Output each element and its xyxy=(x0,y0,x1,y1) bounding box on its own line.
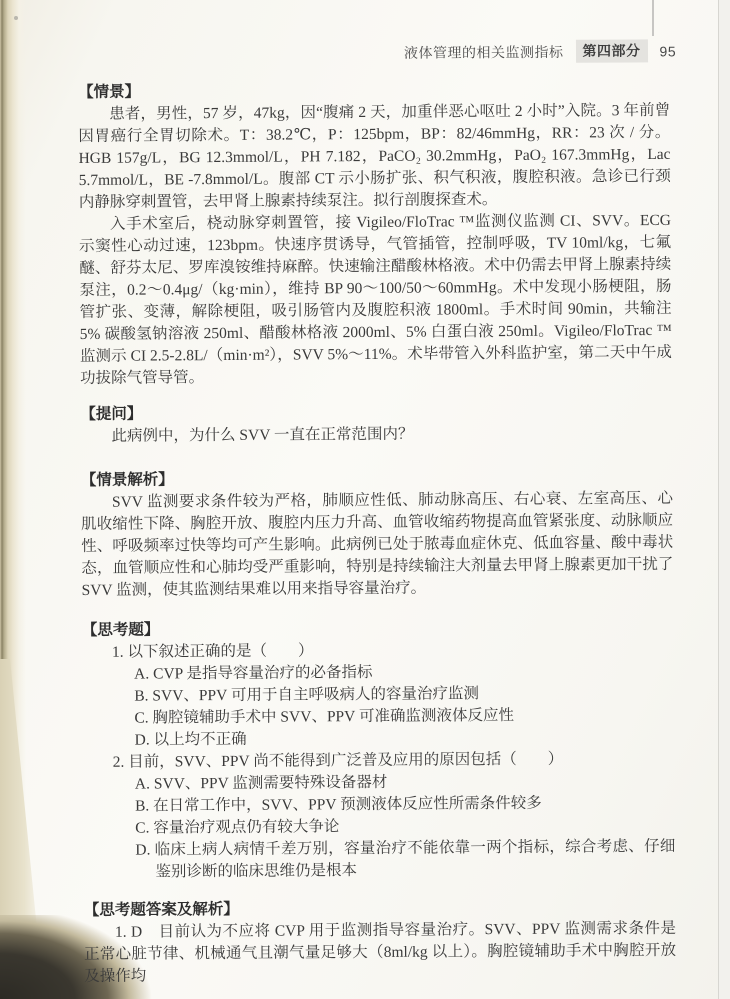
book-page: 液体管理的相关监测指标 第四部分 95 【情景】 患者，男性，57 岁，47kg… xyxy=(0,0,730,999)
scan-speck xyxy=(14,16,18,20)
answers-text: 1. D 目前认为不应将 CVP 用于监测指导容量治疗。SVV、PPV 监测需求… xyxy=(84,918,676,988)
scenario-paragraph-2: 入手术室后，桡动脉穿刺置管，接 Vigileo/FloTrac ™监测仪监测 C… xyxy=(79,210,672,390)
exercise-q2-option-d: D. 临床上病人病情千差万别，容量治疗不能依靠一两个指标，综合考虑、仔细鉴别诊断… xyxy=(135,836,675,884)
section-badge: 第四部分 xyxy=(575,39,647,62)
running-header: 液体管理的相关监测指标 第四部分 95 xyxy=(404,39,676,63)
running-title: 液体管理的相关监测指标 xyxy=(404,41,564,62)
top-right-rule xyxy=(652,0,654,36)
scenario-paragraph-1: 患者，男性，57 岁，47kg，因“腹痛 2 天，加重伴恶心呕吐 2 小时”入院… xyxy=(78,100,671,214)
analysis-text: SVV 监测要求条件较为严格，肺顺应性低、肺动脉高压、右心衰、左室高压、心肌收缩… xyxy=(81,488,674,602)
question-text: 此病例中，为什么 SVV 一直在正常范围内？ xyxy=(80,422,672,448)
page-number: 95 xyxy=(659,43,676,59)
page-content: 【情景】 患者，男性，57 岁，47kg，因“腹痛 2 天，加重伴恶心呕吐 2 … xyxy=(78,78,676,988)
page-right-edge xyxy=(718,0,730,999)
